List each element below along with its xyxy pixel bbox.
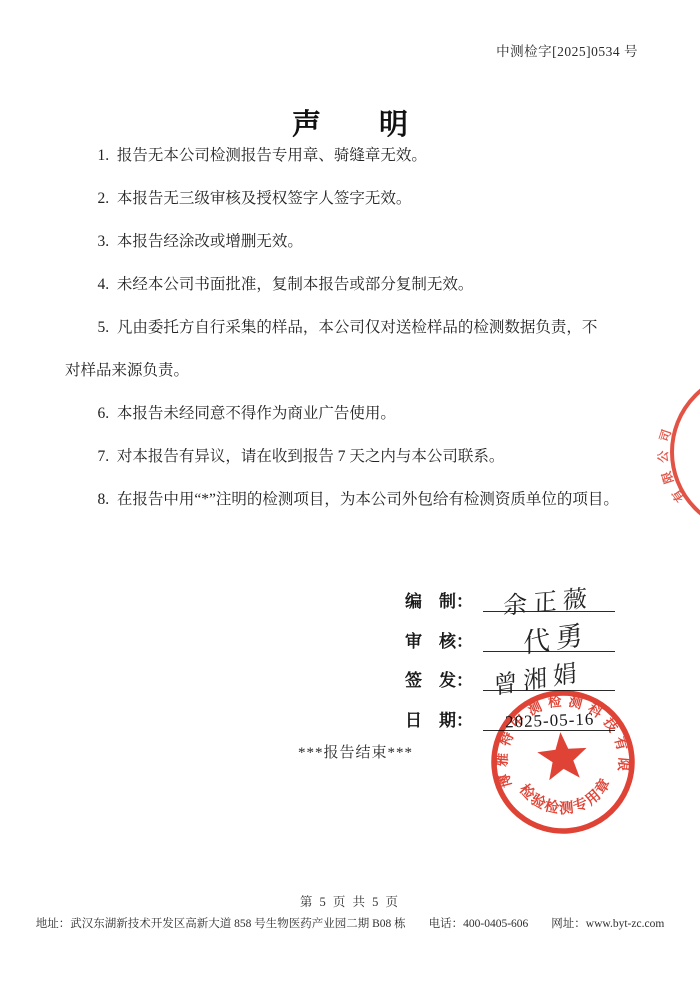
statement-2: 2. 本报告无三级审核及授权签字人签字无效。 xyxy=(65,177,640,220)
star-icon xyxy=(536,730,589,781)
statement-3: 3. 本报告经涂改或增删无效。 xyxy=(65,220,640,263)
seal-graphic: 武汉博雅特中测检测科技有限公司 检验检测专用章 xyxy=(482,681,645,844)
svg-text:有限公司: 有限公司 xyxy=(656,420,687,505)
statement-7: 7. 对本报告有异议，请在收到报告 7 天之内与本公司联系。 xyxy=(65,435,640,478)
page-number: 第 5 页 共 5 页 xyxy=(0,892,700,910)
date-label: 日 期： xyxy=(405,706,483,731)
statement-6: 6. 本报告未经同意不得作为商业广告使用。 xyxy=(65,392,640,435)
issued-by-label: 签 发： xyxy=(405,666,483,691)
statement-list: 1. 报告无本公司检测报告专用章、骑缝章无效。 2. 本报告无三级审核及授权签字… xyxy=(65,134,640,521)
seal-bottom-arc-text: 检验检测专用章 xyxy=(515,773,617,821)
company-seal-stamp: 武汉博雅特中测检测科技有限公司 检验检测专用章 xyxy=(482,681,645,844)
document-number: 中测检字[2025]0534 号 xyxy=(496,40,638,60)
svg-text:检验检测专用章: 检验检测专用章 xyxy=(515,773,617,821)
edge-seal-text: 有限公司 xyxy=(656,420,687,505)
statement-5: 5. 凡由委托方自行采集的样品，本公司仅对送检样品的检测数据负责，不 xyxy=(65,306,640,349)
statement-8: 8. 在报告中用“*”注明的检测项目，为本公司外包给有检测资质单位的项目。 xyxy=(65,478,640,521)
statement-1: 1. 报告无本公司检测报告专用章、骑缝章无效。 xyxy=(65,134,640,177)
prepared-by-label: 编 制： xyxy=(405,587,483,612)
statement-5-continued: 对样品来源负责。 xyxy=(65,349,640,392)
handwritten-signature-issued-by: 曾湘娟 xyxy=(493,652,583,701)
report-date-value: 2025-05-16 xyxy=(505,709,595,732)
cross-page-seal-fragment: 有限公司 xyxy=(654,385,700,530)
edge-seal-arc xyxy=(672,385,700,530)
edge-seal-graphic: 有限公司 xyxy=(654,385,700,530)
end-of-report-mark: ***报告结束*** xyxy=(298,741,413,762)
report-statement-page: 中测检字[2025]0534 号 声 明 1. 报告无本公司检测报告专用章、骑缝… xyxy=(0,0,700,990)
reviewed-by-label: 审 核： xyxy=(405,627,483,652)
statement-4: 4. 未经本公司书面批准，复制本报告或部分复制无效。 xyxy=(65,263,640,306)
footer-address-line: 地址：武汉东湖新技术开发区高新大道 858 号生物医药产业园二期 B08 栋 电… xyxy=(0,915,700,931)
